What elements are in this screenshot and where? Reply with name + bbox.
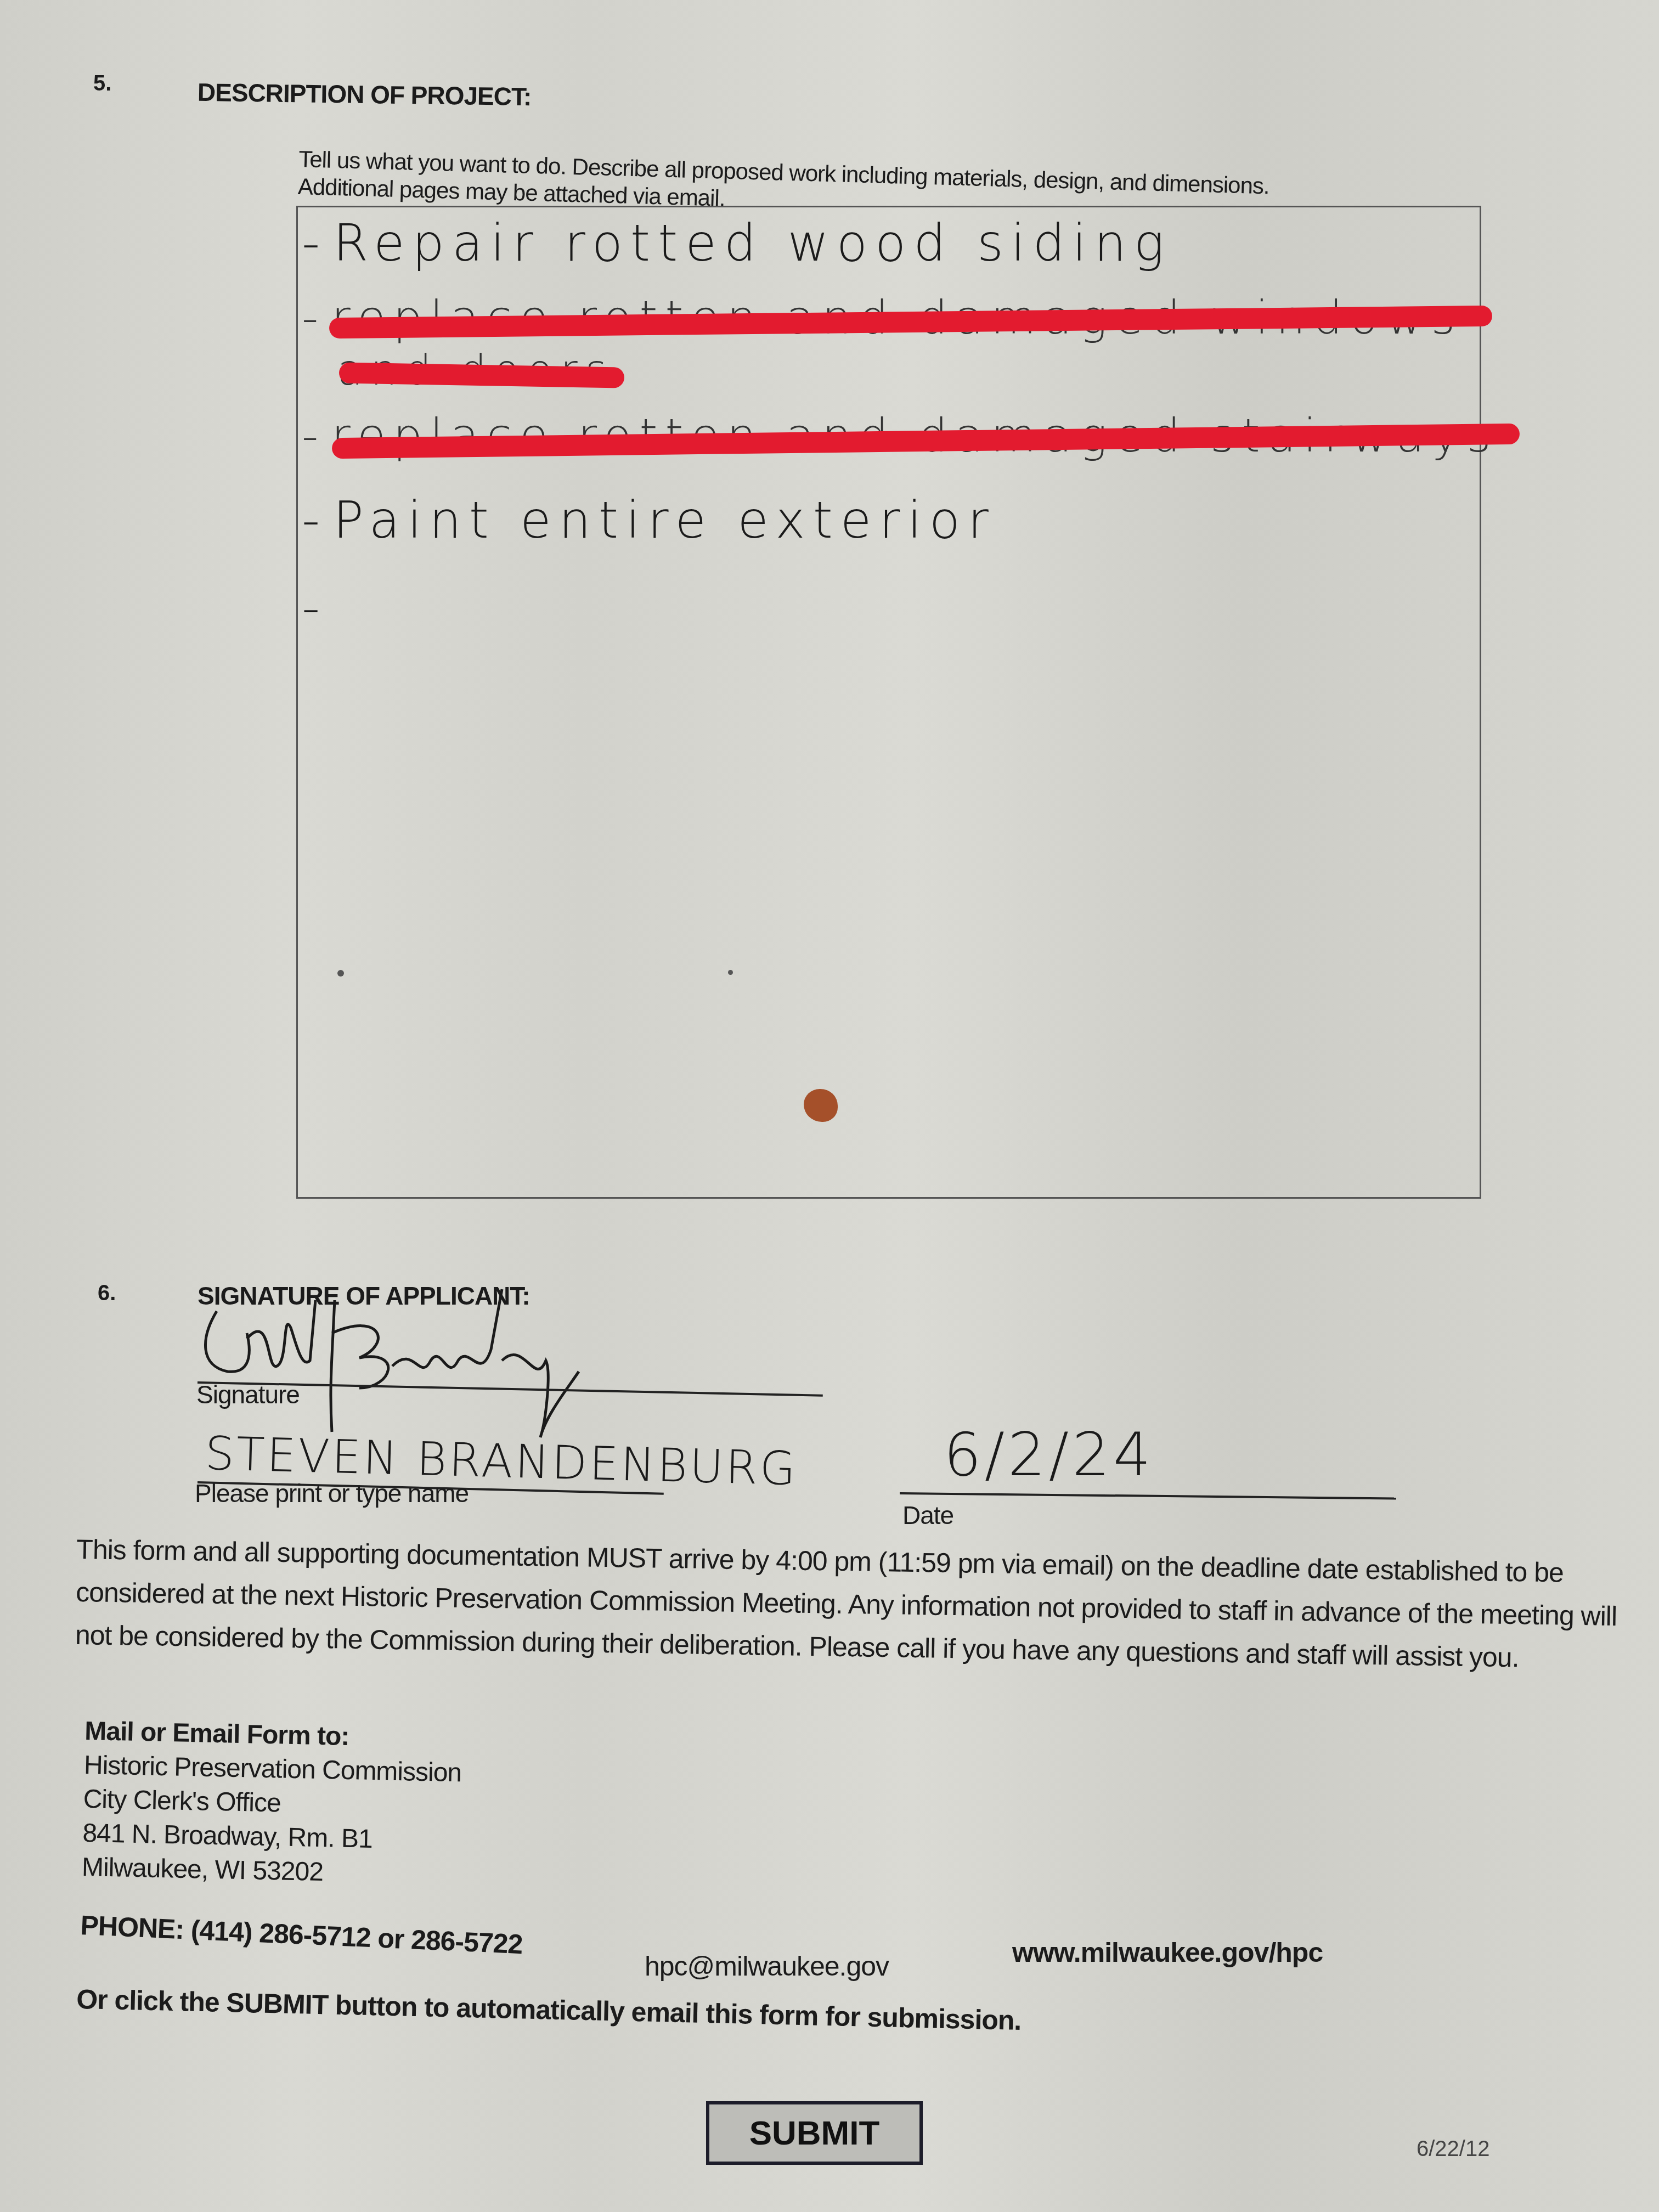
form-revision-date: 6/22/12: [1417, 2137, 1489, 2162]
date-label: Date: [902, 1500, 953, 1530]
date-value[interactable]: 6/2/24: [944, 1421, 1154, 1489]
submit-note: Or click the SUBMIT button to automatica…: [76, 1983, 1022, 2036]
section-5-number: 5.: [93, 71, 111, 96]
section-6-number: 6.: [98, 1281, 116, 1306]
speck-mark: [728, 970, 733, 975]
website-link[interactable]: www.milwaukee.gov/hpc: [1012, 1937, 1323, 1968]
bullet-dash: -: [302, 214, 328, 273]
description-item-5: -: [302, 579, 333, 637]
description-item-1: -Repair rotted wood siding: [302, 214, 1172, 273]
phone-number: (414) 286-5712 or 286-5722: [190, 1915, 523, 1960]
signature-label: Signature: [196, 1380, 300, 1409]
bullet-dash: -: [302, 409, 326, 462]
section-5-heading: DESCRIPTION OF PROJECT:: [198, 77, 532, 111]
phone-info: PHONE: (414) 286-5712 or 286-5722: [80, 1909, 523, 1960]
stain-mark: [804, 1089, 838, 1122]
phone-label: PHONE:: [80, 1910, 185, 1945]
description-item-4: -Paint entire exterior: [302, 491, 996, 550]
address-line: Milwaukee, WI 53202: [82, 1850, 460, 1892]
bullet-dash: -: [302, 491, 328, 550]
date-line: [900, 1492, 1396, 1499]
signature-scrawl[interactable]: [195, 1278, 853, 1454]
speck-mark: [337, 970, 344, 977]
submit-button[interactable]: SUBMIT: [706, 2101, 923, 2165]
mailing-address: Mail or Email Form to: Historic Preserva…: [82, 1714, 463, 1892]
bullet-dash: -: [302, 579, 328, 637]
email-link[interactable]: hpc@milwaukee.gov: [645, 1950, 889, 1982]
bullet-dash: -: [302, 291, 326, 345]
submission-notice: This form and all supporting documentati…: [75, 1528, 1623, 1680]
printed-name-label: Please print or type name: [195, 1479, 469, 1508]
